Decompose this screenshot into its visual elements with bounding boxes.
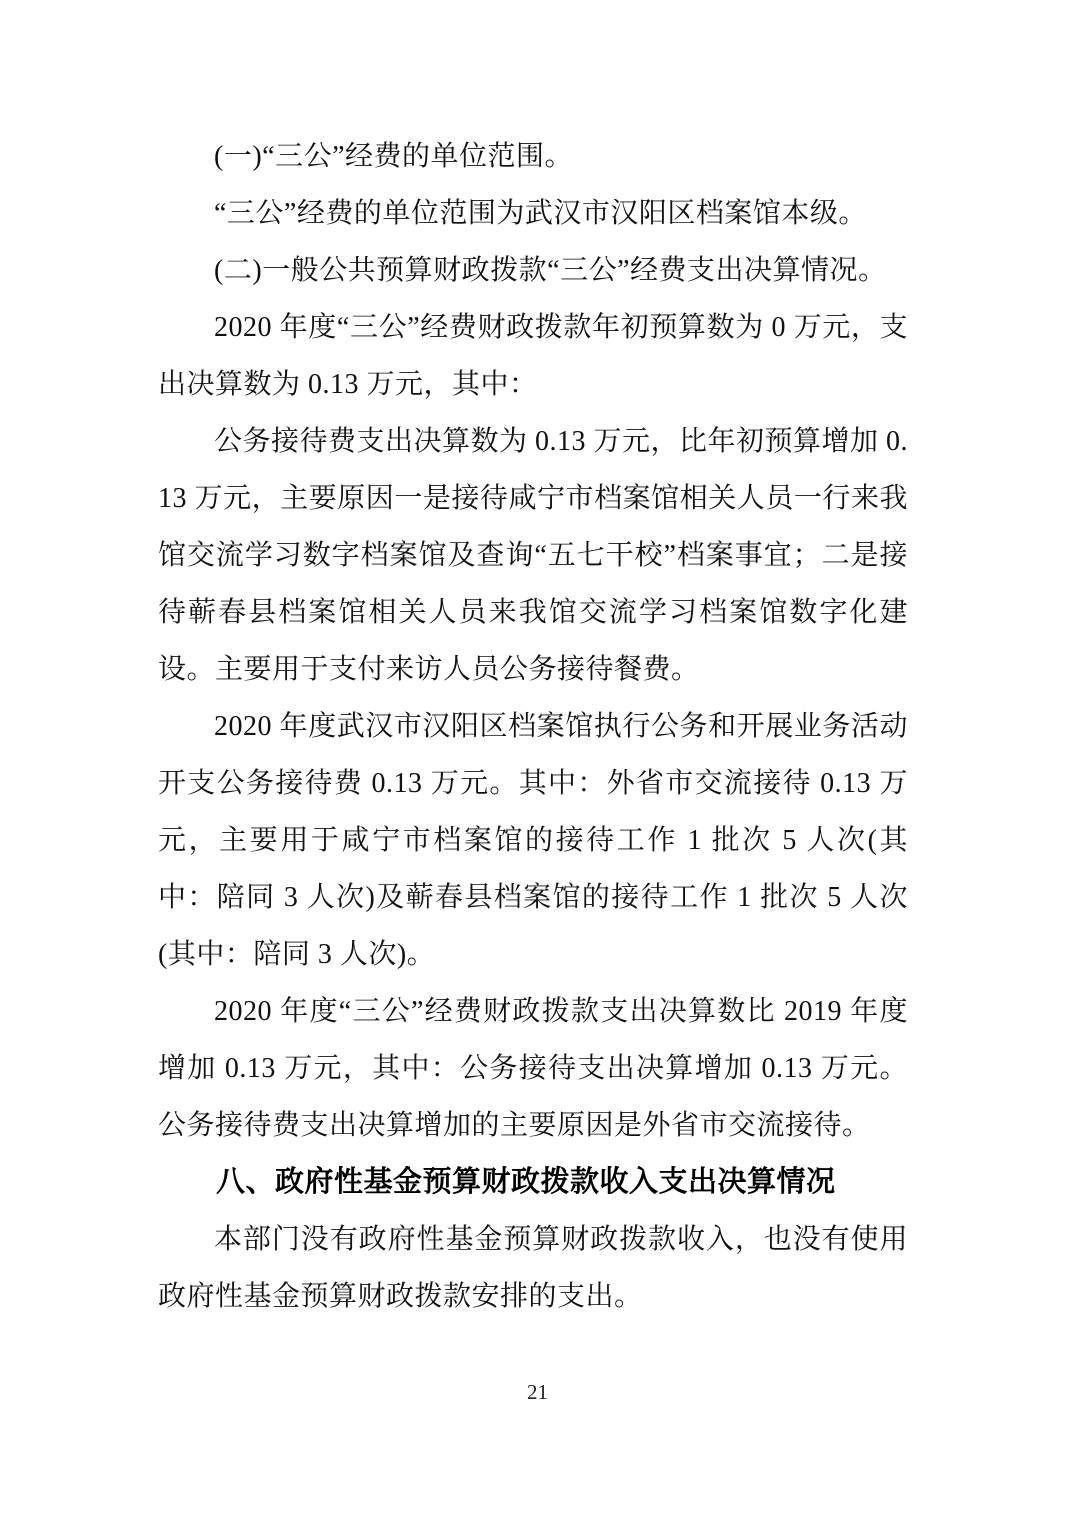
body-paragraph: “三公”经费的单位范围为武汉市汉阳区档案馆本级。 [158,185,908,242]
body-paragraph: 公务接待费支出决算数为 0.13 万元，比年初预算增加 0.13 万元，主要原因… [158,413,908,698]
body-paragraph: (二)一般公共预算财政拨款“三公”经费支出决算情况。 [158,242,908,299]
body-paragraph: 2020 年度武汉市汉阳区档案馆执行公务和开展业务活动开支公务接待费 0.13 … [158,698,908,983]
body-paragraph: 2020 年度“三公”经费财政拨款年初预算数为 0 万元，支出决算数为 0.13… [158,299,908,413]
document-page: (一)“三公”经费的单位范围。 “三公”经费的单位范围为武汉市汉阳区档案馆本级。… [0,0,1075,1520]
document-body: (一)“三公”经费的单位范围。 “三公”经费的单位范围为武汉市汉阳区档案馆本级。… [158,128,908,1325]
section-heading: 八、政府性基金预算财政拨款收入支出决算情况 [158,1154,908,1211]
body-paragraph: (一)“三公”经费的单位范围。 [158,128,908,185]
body-paragraph: 2020 年度“三公”经费财政拨款支出决算数比 2019 年度增加 0.13 万… [158,983,908,1154]
page-number: 21 [0,1378,1075,1406]
body-paragraph: 本部门没有政府性基金预算财政拨款收入，也没有使用政府性基金预算财政拨款安排的支出… [158,1211,908,1325]
